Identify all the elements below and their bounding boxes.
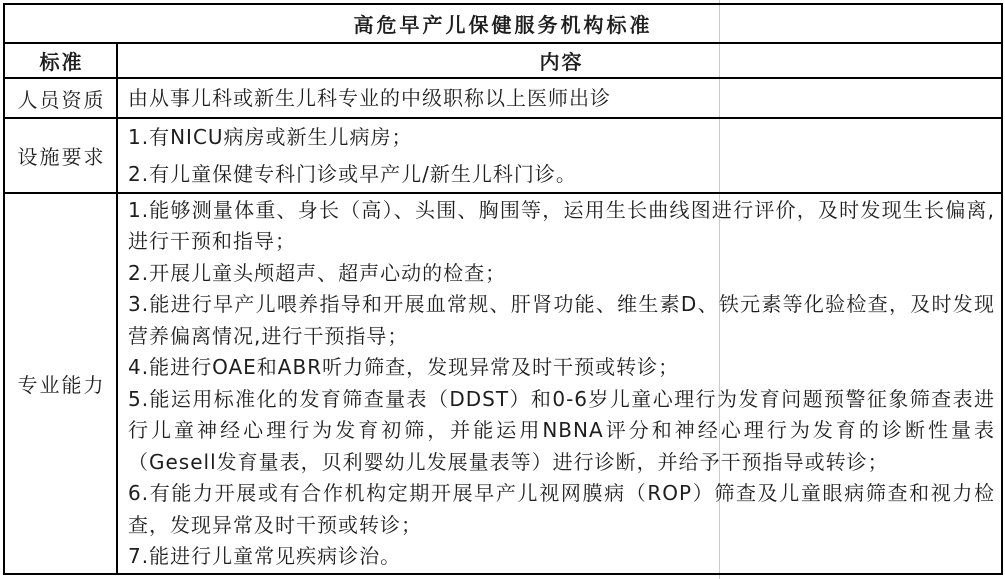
content-line: 2.开展儿童头颅超声、超声心动的检查； — [128, 258, 995, 290]
column-header-content: 内容 — [118, 44, 1001, 77]
content-line: 3.能进行早产儿喂养指导和开展血常规、肝肾功能、维生素D、铁元素等化验检查，及时… — [128, 289, 995, 352]
content-line: 2.有儿童保健专科门诊或早产儿/新生儿科门诊。 — [128, 156, 995, 193]
content-line: 1.有NICU病房或新生儿病房； — [128, 119, 995, 156]
row-content-personnel: 由从事儿科或新生儿科专业的中级职称以上医师出诊 — [118, 79, 1001, 117]
table-row-facility: 设施要求 1.有NICU病房或新生儿病房； 2.有儿童保健专科门诊或早产儿/新生… — [5, 117, 1001, 192]
content-line: 7.能进行儿童常见疾病诊治。 — [128, 541, 995, 573]
column-header-standard: 标准 — [5, 44, 118, 77]
content-line: 6.有能力开展或有合作机构定期开展早产儿视网膜病（ROP）筛查及儿童眼病筛查和视… — [128, 478, 995, 541]
content-line: 4.能进行OAE和ABR听力筛查，发现异常及时干预或转诊； — [128, 352, 995, 384]
content-line: 1.能够测量体重、身长（高）、头围、胸围等，运用生长曲线图进行评价，及时发现生长… — [128, 195, 995, 258]
table-row-personnel: 人员资质 由从事儿科或新生儿科专业的中级职称以上医师出诊 — [5, 77, 1001, 117]
row-content-ability: 1.能够测量体重、身长（高）、头围、胸围等，运用生长曲线图进行评价，及时发现生长… — [118, 194, 1001, 573]
row-label-personnel: 人员资质 — [5, 79, 118, 117]
standards-table: 高危早产儿保健服务机构标准 标准 内容 人员资质 由从事儿科或新生儿科专业的中级… — [3, 3, 1003, 575]
table-title-row: 高危早产儿保健服务机构标准 — [5, 5, 1001, 42]
table-title: 高危早产儿保健服务机构标准 — [354, 9, 653, 38]
row-label-facility: 设施要求 — [5, 119, 118, 192]
row-content-facility: 1.有NICU病房或新生儿病房； 2.有儿童保健专科门诊或早产儿/新生儿科门诊。 — [118, 119, 1001, 192]
table-header-row: 标准 内容 — [5, 42, 1001, 77]
content-line: 由从事儿科或新生儿科专业的中级职称以上医师出诊 — [128, 81, 995, 115]
row-label-ability: 专业能力 — [5, 194, 118, 573]
content-line: 5.能运用标准化的发育筛查量表（DDST）和0-6岁儿童心理行为发育问题预警征象… — [128, 384, 995, 479]
table-row-ability: 专业能力 1.能够测量体重、身长（高）、头围、胸围等，运用生长曲线图进行评价，及… — [5, 192, 1001, 573]
